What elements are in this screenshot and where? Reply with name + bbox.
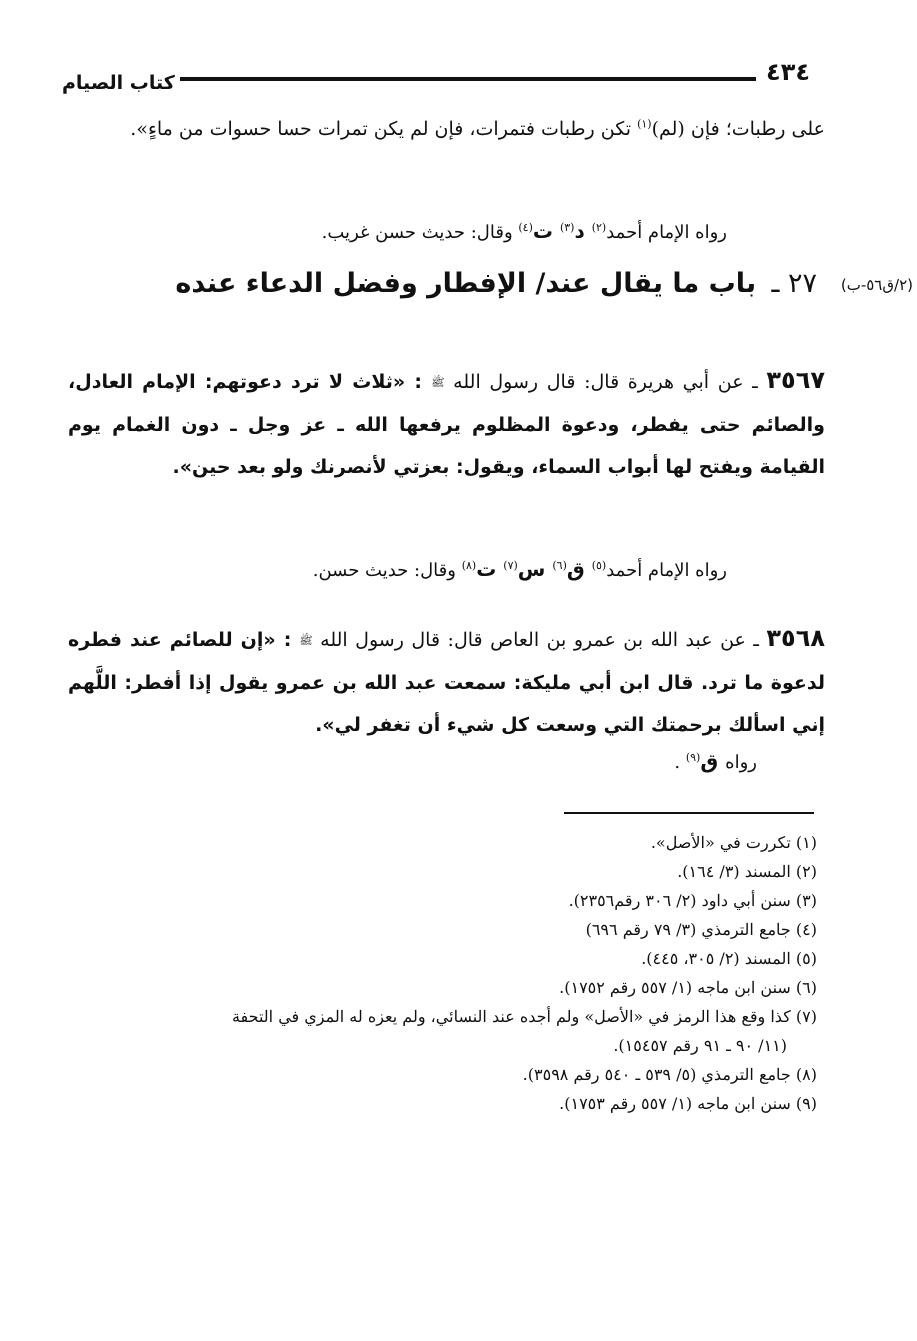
source-symbol: ق [567,557,592,581]
continuation-text: تكن رطبات فتمرات، فإن لم يكن تمرات حسا ح… [130,118,637,140]
hadith-3568: ٣٥٦٨ ـ عن عبد الله بن عمرو بن العاص قال:… [68,598,825,765]
footnote-text-continued: (١١/ ٩٠ ـ ٩١ رقم ١٥٤٥٧). [78,1031,817,1060]
footnote-ref[interactable]: (٧) [503,559,518,572]
narration-text: وقال: حديث حسن غريب. [322,222,519,243]
source-symbol: ق [700,749,725,773]
salawat-symbol: ﷺ [431,376,444,389]
footnote-number: (٩) [796,1094,817,1113]
chapter-number: ٢٧ ـ [771,268,817,299]
manuscript-reference: (٢/ق٥٦-ب) [841,276,913,294]
narration-text: رواه [725,752,757,773]
footnote-text: تكررت في «الأصل». [651,833,791,852]
header-rule [180,77,756,81]
narration-line: رواه الإمام أحمد(٢) د(٣) ت(٤) وقال: حديث… [322,216,727,248]
footnote-2: (٢) المسند (٣/ ١٦٤). [78,857,817,886]
footnote-number: (٨) [796,1065,817,1084]
footnote-number: (٤) [796,920,817,939]
footnote-text: سنن أبي داود (٢/ ٣٠٦ رقم٢٣٥٦). [569,891,791,910]
footnote-number: (٦) [796,978,817,997]
footnote-separator [564,812,814,814]
source-symbol: ت [533,219,560,243]
source-symbol: ت [476,557,503,581]
footnote-text: سنن ابن ماجه (١/ ٥٥٧ رقم ١٧٥٣). [559,1094,791,1113]
footnote-text: جامع الترمذي (٣/ ٧٩ رقم ٦٩٦) [586,920,791,939]
footnote-number: (٣) [796,891,817,910]
chapter-heading: (٢/ق٥٦-ب) ٢٧ ـ باب ما يقال عند/ الإفطار … [60,262,817,312]
footnote-7: (٧) كذا وقع هذا الرمز في «الأصل» ولم أجد… [78,1002,817,1060]
hadith-intro: ـ عن أبي هريرة قال: قال رسول الله [445,371,767,393]
narration-line: رواه الإمام أحمد(٥) ق(٦) س(٧) ت(٨) وقال:… [313,554,727,586]
narration-line: رواه ق(٩) . [674,746,757,778]
footnote-9: (٩) سنن ابن ماجه (١/ ٥٥٧ رقم ١٧٥٣). [78,1089,817,1118]
narration-text: . [674,752,685,773]
footnotes: (١) تكررت في «الأصل». (٢) المسند (٣/ ١٦٤… [78,828,817,1118]
hadith-intro: ـ عن عبد الله بن عمرو بن العاص قال: قال … [313,629,767,651]
hadith-number: ٣٥٦٨ [766,624,825,652]
footnote-4: (٤) جامع الترمذي (٣/ ٧٩ رقم ٦٩٦) [78,915,817,944]
page-number: ٤٣٤ [766,58,810,86]
narration-text: رواه الإمام أحمد [606,560,727,581]
footnote-text: جامع الترمذي (٥/ ٥٣٩ ـ ٥٤٠ رقم ٣٥٩٨). [523,1065,791,1084]
source-symbol: س [518,557,553,581]
hadith-3567: ٣٥٦٧ ـ عن أبي هريرة قال: قال رسول الله ﷺ… [68,340,825,507]
footnote-3: (٣) سنن أبي داود (٢/ ٣٠٦ رقم٢٣٥٦). [78,886,817,915]
footnote-8: (٨) جامع الترمذي (٥/ ٥٣٩ ـ ٥٤٠ رقم ٣٥٩٨)… [78,1060,817,1089]
narration-text: رواه الإمام أحمد [606,222,727,243]
chapter-title-text: الإفطار وفضل الدعاء عنده [175,268,526,299]
footnote-number: (٧) [796,1007,817,1026]
footnote-text: المسند (٢/ ٣٠٥، ٤٤٥). [641,949,791,968]
footnote-ref[interactable]: (٥) [592,559,607,572]
running-header: ٤٣٤ كتاب الصيام [62,58,822,98]
footnote-number: (٥) [796,949,817,968]
footnote-ref[interactable]: (٦) [552,559,567,572]
continuation-text: على رطبات؛ فإن (لم) [652,118,825,140]
narration-text: وقال: حديث حسن. [313,560,462,581]
footnote-number: (١) [796,833,817,852]
footnote-1: (١) تكررت في «الأصل». [78,828,817,857]
footnote-ref[interactable]: (١) [637,118,652,131]
footnote-ref[interactable]: (٣) [560,221,575,234]
footnote-number: (٢) [796,862,817,881]
footnote-ref[interactable]: (٩) [686,751,701,764]
footnote-ref[interactable]: (٤) [518,221,533,234]
footnote-text: كذا وقع هذا الرمز في «الأصل» ولم أجده عن… [232,1007,791,1026]
footnote-6: (٦) سنن ابن ماجه (١/ ٥٥٧ رقم ١٧٥٢). [78,973,817,1002]
salawat-symbol: ﷺ [299,634,312,647]
continuation-paragraph: على رطبات؛ فإن (لم)(١) تكن رطبات فتمرات،… [68,108,825,150]
chapter-title: ٢٧ ـ باب ما يقال عند/ الإفطار وفضل الدعا… [60,262,817,306]
footnote-ref[interactable]: (٢) [592,221,607,234]
footnote-5: (٥) المسند (٢/ ٣٠٥، ٤٤٥). [78,944,817,973]
hadith-number: ٣٥٦٧ [766,366,825,394]
footnote-ref[interactable]: (٨) [462,559,477,572]
book-title: كتاب الصيام [62,70,175,96]
source-symbol: د [574,219,591,243]
footnote-text: سنن ابن ماجه (١/ ٥٥٧ رقم ١٧٥٢). [559,978,791,997]
footnote-text: المسند (٣/ ١٦٤). [677,862,791,881]
chapter-title-text: باب ما يقال عند/ [526,268,756,299]
book-page: ٤٣٤ كتاب الصيام على رطبات؛ فإن (لم)(١) ت… [0,0,917,1341]
